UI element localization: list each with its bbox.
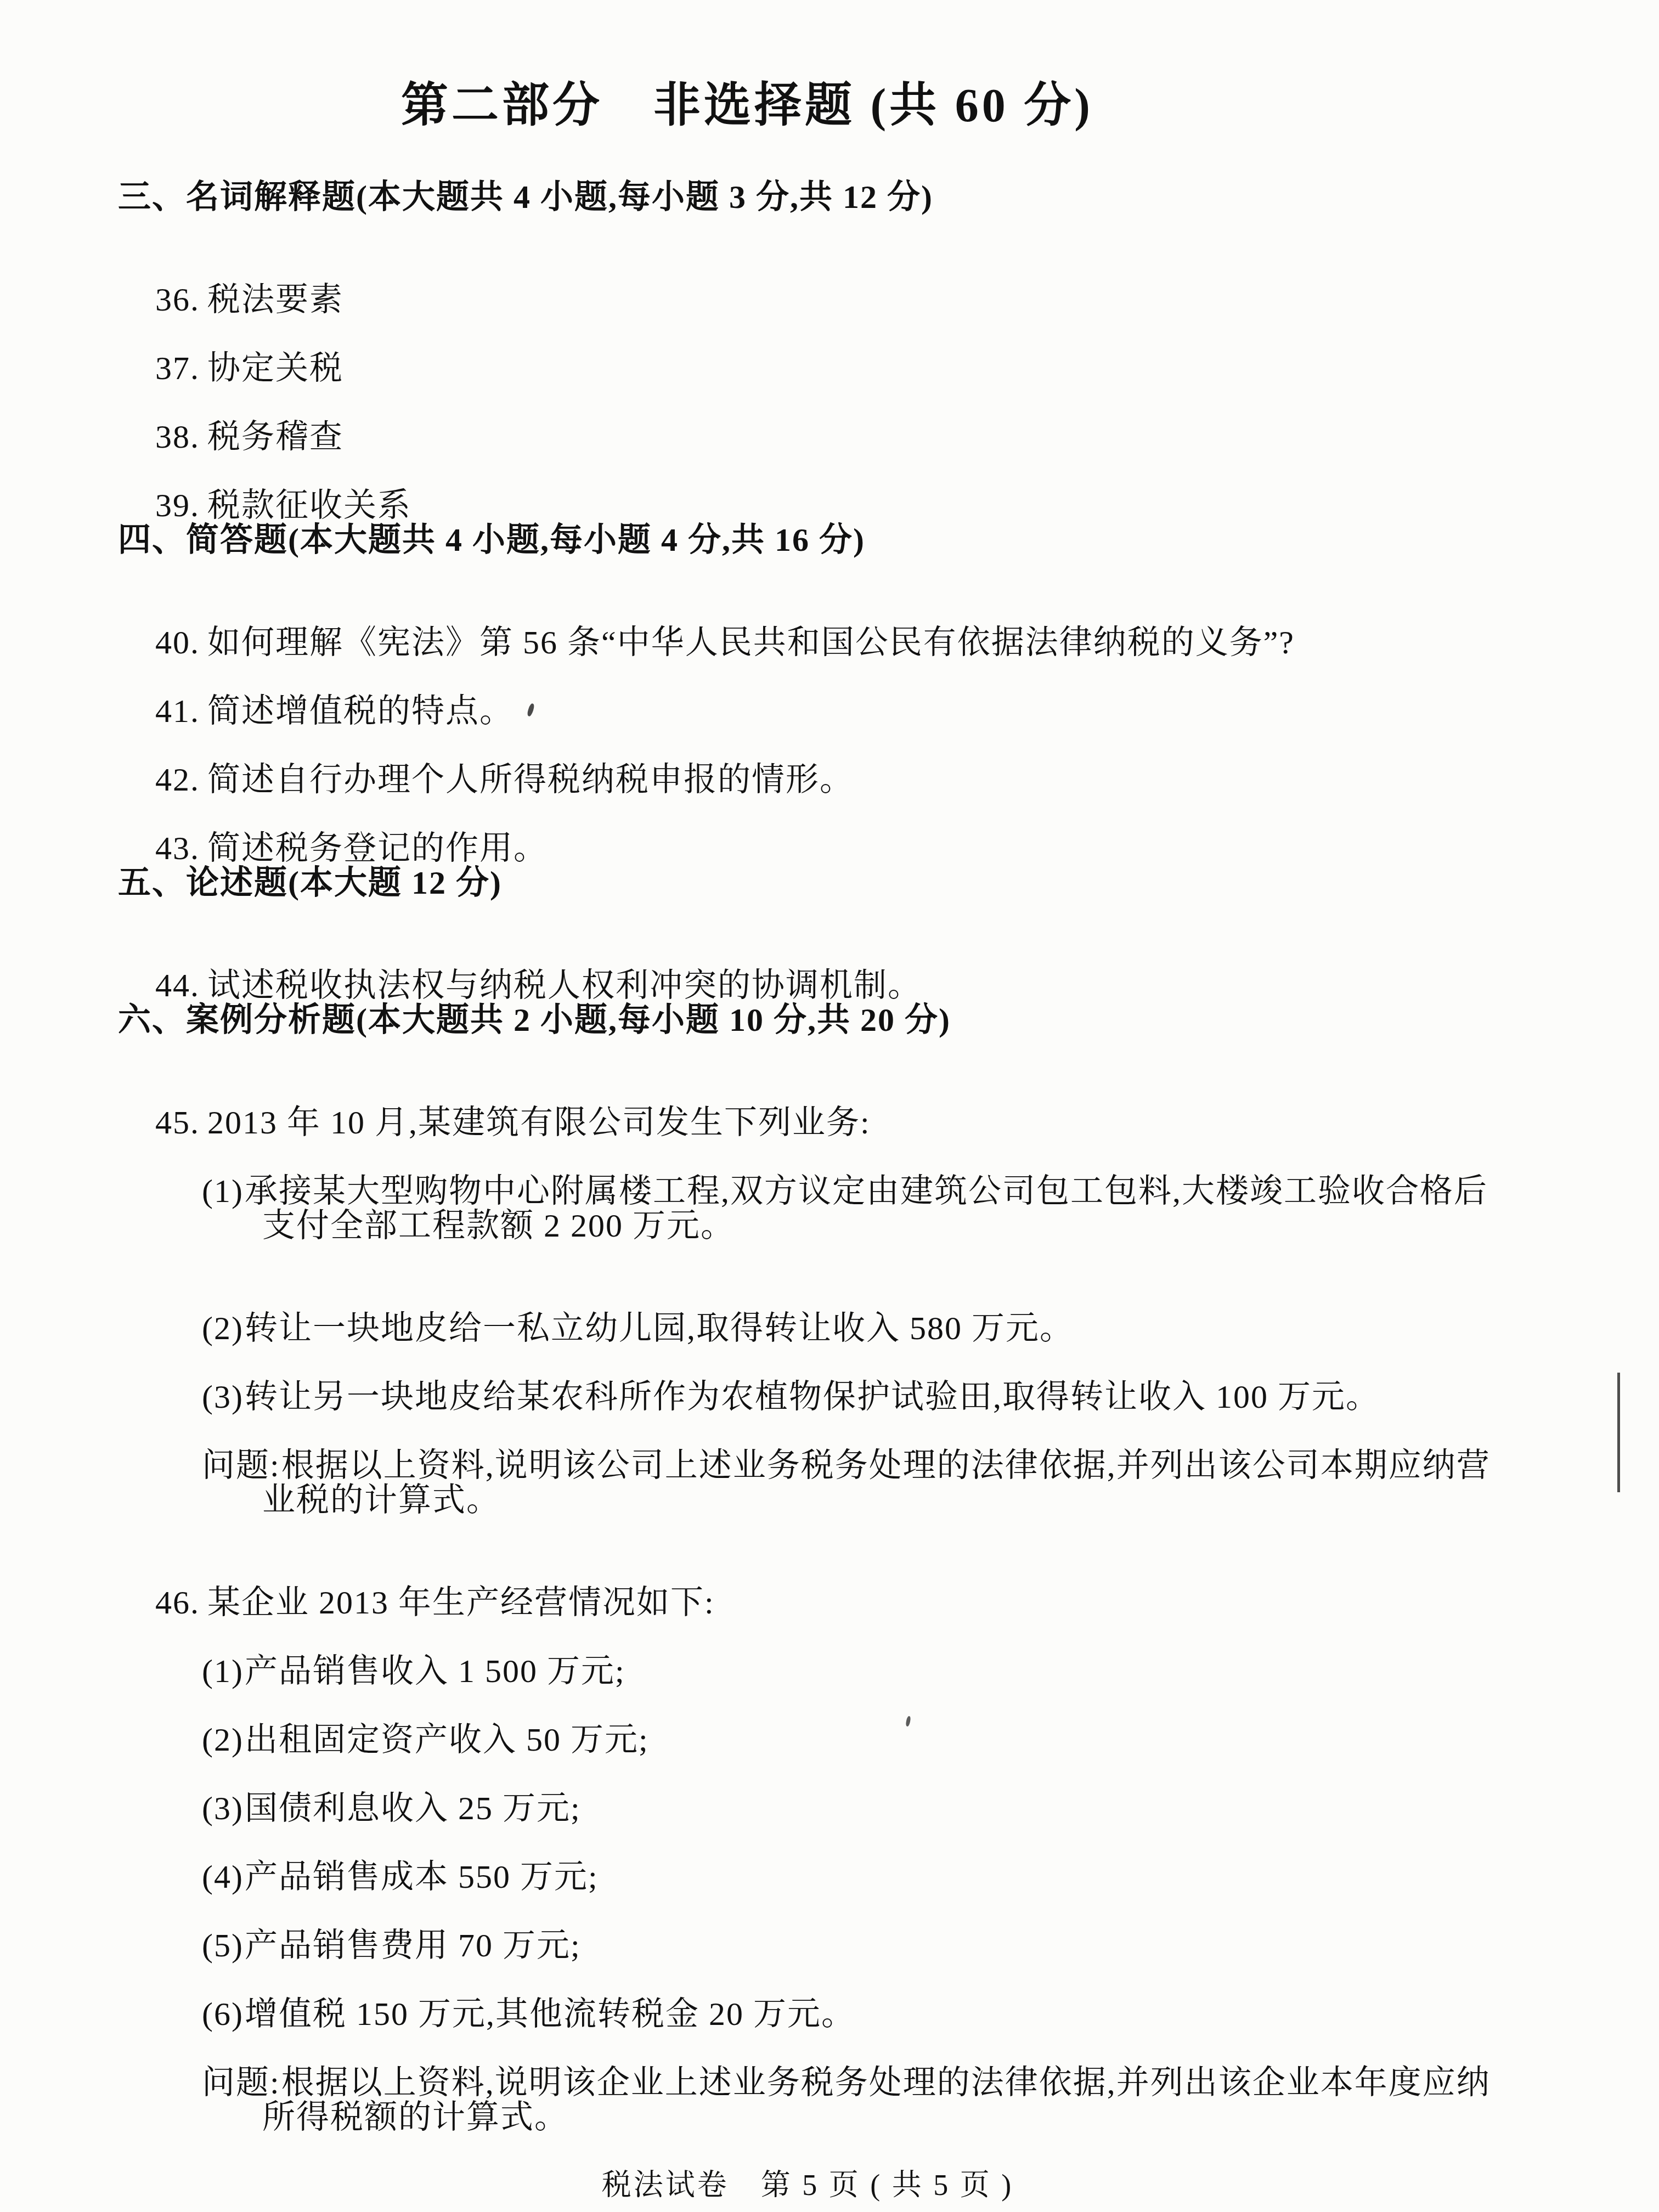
question-46-sub-1: (1)产品销售收入 1 500 万元; — [0, 1620, 1659, 1654]
question-45-sub-1-text: 承接某大型购物中心附属楼工程,双方议定由建筑公司包工包料,大楼竣工验收合格后 — [245, 1173, 1488, 1209]
question-41-number: 41. — [155, 694, 200, 728]
question-39: 39.税款征收关系 — [0, 454, 1659, 488]
question-40: 40.如何理解《宪法》第 56 条“中华人民共和国公民有依据法律纳税的义务”? — [0, 591, 1659, 625]
question-43-text: 简述税务登记的作用。 — [207, 830, 548, 866]
question-44-text: 试述税收执法权与纳税人权利冲突的协调机制。 — [207, 967, 922, 1003]
question-46-sub-3-label: (3) — [202, 1791, 244, 1825]
question-45-sub-2-label: (2) — [202, 1311, 244, 1345]
page-footer: 税法试卷 第 5 页 ( 共 5 页 ) — [0, 2169, 1637, 2202]
question-46-sub-1-text: 产品销售收入 1 500 万元; — [245, 1653, 625, 1689]
question-37-number: 37. — [155, 351, 200, 385]
question-45-sub-3-text: 转让另一块地皮给某农科所作为农植物保护试验田,取得转让收入 100 万元。 — [245, 1379, 1380, 1415]
question-46-sub-6-text: 增值税 150 万元,其他流转税金 20 万元。 — [245, 1996, 855, 2032]
section-5-heading: 五、论述题(本大题 12 分) — [0, 866, 1659, 900]
question-46-sub-5: (5)产品销售费用 70 万元; — [0, 1894, 1659, 1928]
question-45: 45.2013 年 10 月,某建筑有限公司发生下列业务: — [0, 1071, 1659, 1105]
question-46-number: 46. — [155, 1585, 200, 1620]
question-45-sub-1-line-1: (1)承接某大型购物中心附属楼工程,双方议定由建筑公司包工包料,大楼竣工验收合格… — [0, 1140, 1659, 1174]
question-41-text: 简述增值税的特点。 — [207, 693, 513, 729]
question-45-number: 45. — [155, 1105, 200, 1139]
question-40-number: 40. — [155, 625, 200, 659]
question-36: 36.税法要素 — [0, 249, 1659, 283]
question-46-sub-2-text: 出租固定资产收入 50 万元; — [245, 1722, 649, 1758]
question-42-number: 42. — [155, 763, 200, 797]
question-46-sub-5-label: (5) — [202, 1928, 244, 1962]
question-39-number: 39. — [155, 488, 200, 522]
question-42: 42.简述自行办理个人所得税纳税申报的情形。 — [0, 729, 1659, 763]
scan-artifact-vertical-line — [1617, 1373, 1620, 1492]
question-45-text: 2013 年 10 月,某建筑有限公司发生下列业务: — [207, 1104, 871, 1141]
question-46: 46.某企业 2013 年生产经营情况如下: — [0, 1551, 1659, 1585]
question-46-question-label: 问题: — [202, 2066, 280, 2100]
exam-page: 第二部分 非选择题 (共 60 分) 三、名词解释题(本大题共 4 小题,每小题… — [0, 0, 1659, 2212]
question-46-question-line-1: 问题:根据以上资料,说明该企业上述业务税务处理的法律依据,并列出该企业本年度应纳 — [0, 2032, 1659, 2066]
question-46-sub-5-text: 产品销售费用 70 万元; — [245, 1927, 581, 1963]
question-37: 37.协定关税 — [0, 317, 1659, 351]
question-46-sub-2-label: (2) — [202, 1723, 244, 1757]
question-46-sub-2: (2)出租固定资产收入 50 万元; — [0, 1689, 1659, 1723]
question-45-sub-3-label: (3) — [202, 1380, 244, 1414]
question-36-number: 36. — [155, 283, 200, 317]
question-45-sub-1-label: (1) — [202, 1174, 244, 1208]
part-title: 第二部分 非选择题 (共 60 分) — [0, 80, 1577, 132]
question-46-sub-1-label: (1) — [202, 1654, 244, 1688]
question-46-sub-4-label: (4) — [202, 1860, 244, 1894]
question-46-sub-4-text: 产品销售成本 550 万元; — [245, 1859, 599, 1895]
question-45-question-text: 根据以上资料,说明该公司上述业务税务处理的法律依据,并列出该公司本期应纳营 — [281, 1447, 1491, 1483]
question-46-sub-3-text: 国债利息收入 25 万元; — [245, 1790, 581, 1826]
question-38: 38.税务稽查 — [0, 386, 1659, 420]
question-46-sub-4: (4)产品销售成本 550 万元; — [0, 1826, 1659, 1860]
section-3-heading: 三、名词解释题(本大题共 4 小题,每小题 3 分,共 12 分) — [0, 180, 1659, 214]
question-45-sub-2: (2)转让一块地皮给一私立幼儿园,取得转让收入 580 万元。 — [0, 1277, 1659, 1311]
question-37-text: 协定关税 — [207, 350, 343, 386]
question-46-question-text: 根据以上资料,说明该企业上述业务税务处理的法律依据,并列出该企业本年度应纳 — [281, 2064, 1491, 2101]
question-46-text: 某企业 2013 年生产经营情况如下: — [207, 1584, 715, 1621]
question-45-question-label: 问题: — [202, 1448, 280, 1482]
section-6-heading: 六、案例分析题(本大题共 2 小题,每小题 10 分,共 20 分) — [0, 1003, 1659, 1037]
question-45-sub-3: (3)转让另一块地皮给某农科所作为农植物保护试验田,取得转让收入 100 万元。 — [0, 1346, 1659, 1380]
question-45-sub-2-text: 转让一块地皮给一私立幼儿园,取得转让收入 580 万元。 — [245, 1310, 1074, 1346]
question-46-question-line-2: 所得税额的计算式。 — [0, 2100, 1659, 2134]
scan-artifact-speck — [527, 703, 535, 717]
section-4-heading: 四、简答题(本大题共 4 小题,每小题 4 分,共 16 分) — [0, 523, 1659, 557]
question-39-text: 税款征收关系 — [207, 487, 411, 523]
question-43-number: 43. — [155, 831, 200, 865]
question-45-question-line-2: 业税的计算式。 — [0, 1483, 1659, 1517]
question-46-sub-6-label: (6) — [202, 1997, 244, 2031]
question-46-sub-6: (6)增值税 150 万元,其他流转税金 20 万元。 — [0, 1963, 1659, 1997]
question-44: 44.试述税收执法权与纳税人权利冲突的协调机制。 — [0, 934, 1659, 968]
question-43: 43.简述税务登记的作用。 — [0, 797, 1659, 831]
question-45-question-line-1: 问题:根据以上资料,说明该公司上述业务税务处理的法律依据,并列出该公司本期应纳营 — [0, 1414, 1659, 1448]
question-41: 41.简述增值税的特点。 — [0, 660, 1659, 694]
question-38-text: 税务稽查 — [207, 419, 343, 455]
question-45-sub-1-line-2: 支付全部工程款额 2 200 万元。 — [0, 1209, 1659, 1243]
question-42-text: 简述自行办理个人所得税纳税申报的情形。 — [207, 761, 854, 798]
question-46-sub-3: (3)国债利息收入 25 万元; — [0, 1757, 1659, 1791]
question-44-number: 44. — [155, 968, 200, 1002]
question-38-number: 38. — [155, 420, 200, 454]
question-40-text: 如何理解《宪法》第 56 条“中华人民共和国公民有依据法律纳税的义务”? — [207, 624, 1295, 661]
question-36-text: 税法要素 — [207, 281, 343, 318]
